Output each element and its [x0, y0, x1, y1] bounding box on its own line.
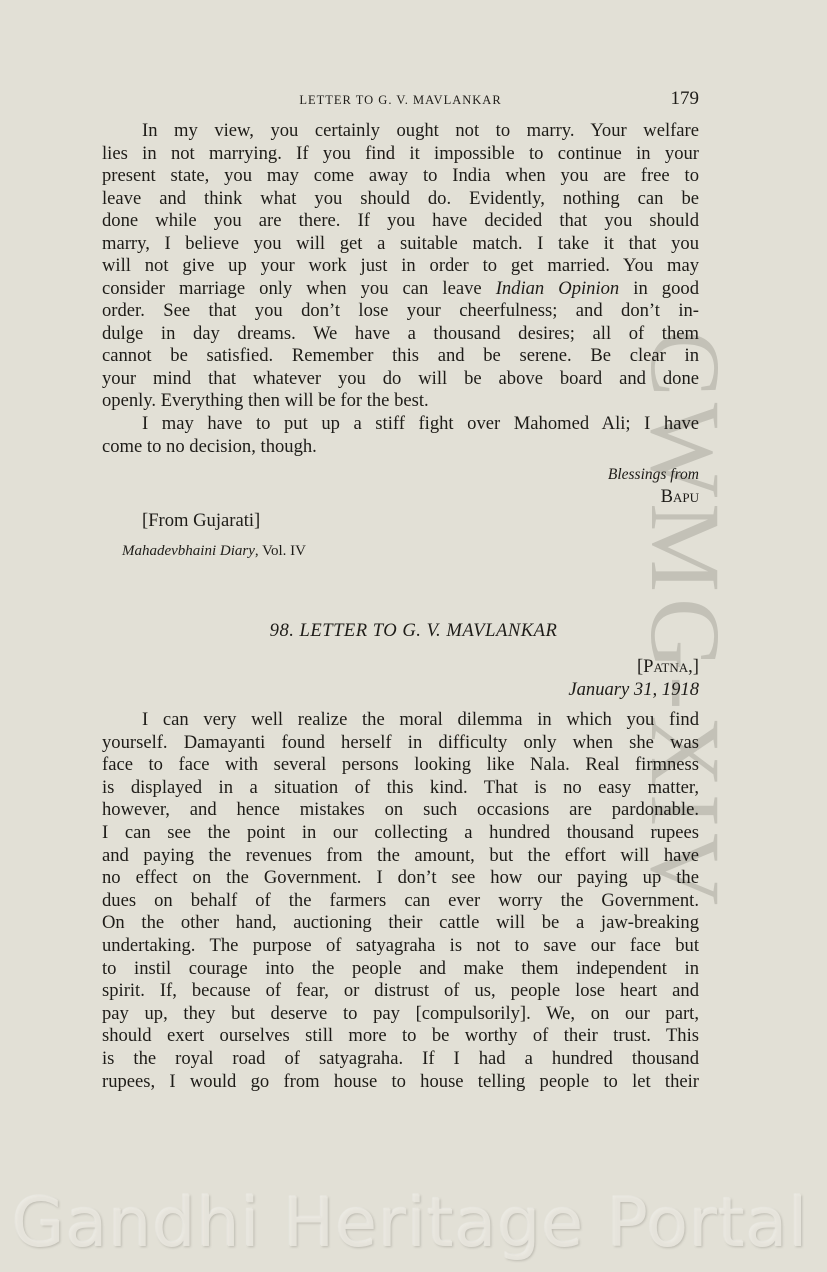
text-line: I can very well realize the moral dilemm… — [102, 709, 699, 732]
text-line: lies in not marrying. If you find it imp… — [102, 143, 699, 166]
text-line: pay up, they but deserve to pay [compuls… — [102, 1003, 699, 1026]
text-line: present state, you may come away to Indi… — [102, 165, 699, 188]
letter-date: January 31, 1918 — [568, 679, 699, 701]
text-line: face to face with several persons lookin… — [102, 754, 699, 777]
signature: Bapu — [661, 486, 699, 508]
source-volume: , Vol. IV — [255, 543, 306, 559]
closing: Blessings from — [608, 466, 699, 484]
portal-watermark: Gandhi Heritage Portal — [12, 1184, 808, 1263]
page-number: 179 — [671, 88, 700, 110]
text-line: should exert ourselves still more to be … — [102, 1025, 699, 1048]
text-line: order. See that you don’t lose your chee… — [102, 300, 699, 323]
text-line: leave and think what you should do. Evid… — [102, 188, 699, 211]
text-line: yourself. Damayanti found herself in dif… — [102, 732, 699, 755]
text-line: done while you are there. If you have de… — [102, 210, 699, 233]
text-line: marry, I believe you will get a suitable… — [102, 233, 699, 256]
running-title: LETTER TO G. V. MAVLANKAR — [102, 93, 699, 108]
letter-place: [Patna,] — [637, 656, 699, 678]
text-line: undertaking. The purpose of satyagraha i… — [102, 935, 699, 958]
text-line: In my view, you certainly ought not to m… — [102, 120, 699, 143]
text-line: spirit. If, because of fear, or distrust… — [102, 980, 699, 1003]
text-line: however, and hence mistakes on such occa… — [102, 799, 699, 822]
text-line: rupees, I would go from house to house t… — [102, 1071, 699, 1094]
letter-heading: 98. LETTER TO G. V. MAVLANKAR — [0, 620, 827, 642]
text-line: come to no decision, though. — [102, 436, 699, 459]
text-line: openly. Everything then will be for the … — [102, 390, 699, 413]
text-line: your mind that whatever you do will be a… — [102, 368, 699, 391]
text-line: cannot be satisfied. Remember this and b… — [102, 345, 699, 368]
text-line: I can see the point in our collecting a … — [102, 822, 699, 845]
text-line: On the other hand, auctioning their catt… — [102, 912, 699, 935]
text-line: will not give up your work just in order… — [102, 255, 699, 278]
text-line: to instil courage into the people and ma… — [102, 958, 699, 981]
text-line: dues on behalf of the farmers can ever w… — [102, 890, 699, 913]
text-line: is displayed in a situation of this kind… — [102, 777, 699, 800]
text-line: is the royal road of satyagraha. If I ha… — [102, 1048, 699, 1071]
text-line: no effect on the Government. I don’t see… — [102, 867, 699, 890]
text-line: consider marriage only when you can leav… — [102, 278, 699, 301]
text-line: dulge in day dreams. We have a thousand … — [102, 323, 699, 346]
translation-note: [From Gujarati] — [142, 510, 260, 532]
running-head: LETTER TO G. V. MAVLANKAR 179 — [102, 88, 699, 112]
source-title: Mahadevbhaini Diary — [122, 543, 255, 559]
text-line: and paying the revenues from the amount,… — [102, 845, 699, 868]
source-citation: Mahadevbhaini Diary, Vol. IV — [122, 543, 306, 560]
text-line: I may have to put up a stiff fight over … — [102, 413, 699, 436]
book-page: CWMG-XIV LETTER TO G. V. MAVLANKAR 179 I… — [0, 0, 827, 1272]
